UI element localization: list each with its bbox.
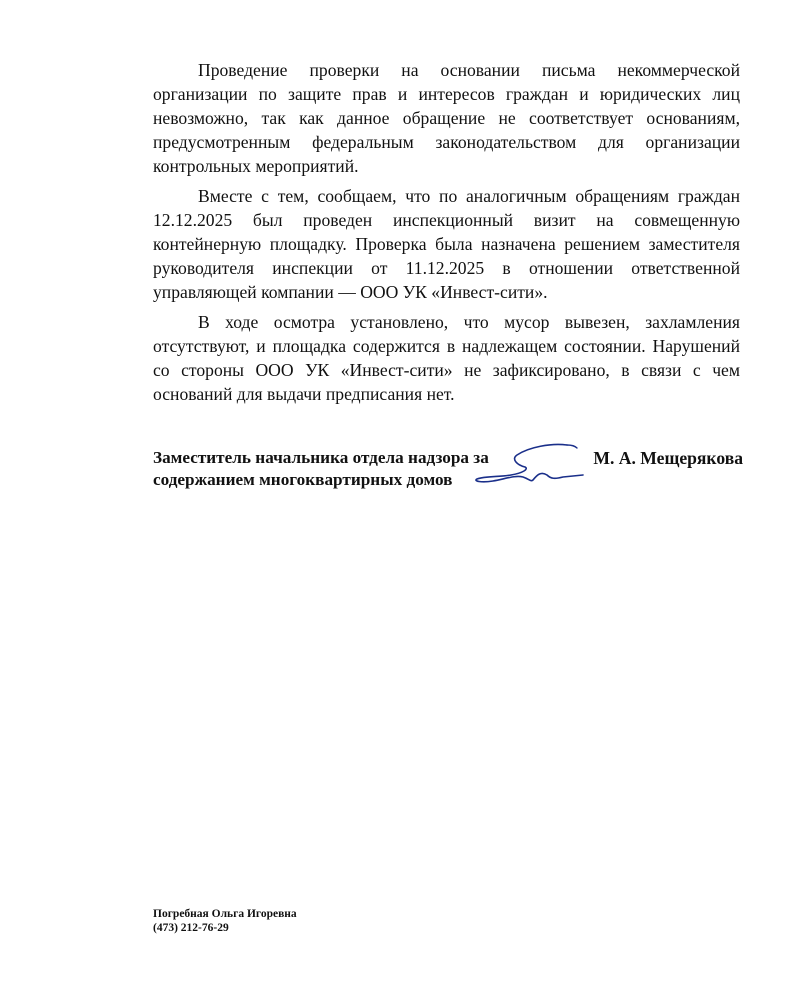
paragraph-1: Проведение проверки на основании письма …	[153, 58, 740, 178]
signature-block: Заместитель начальника отдела надзора за…	[153, 447, 743, 497]
paragraph-3: В ходе осмотра установлено, что мусор вы…	[153, 310, 740, 406]
document-page: Проведение проверки на основании письма …	[0, 0, 809, 1001]
handwritten-signature-icon	[471, 439, 587, 487]
letter-body: Проведение проверки на основании письма …	[153, 58, 740, 412]
signatory-position-line-2: содержанием многоквартирных домов	[153, 469, 489, 491]
executor-phone: (473) 212-76-29	[153, 921, 297, 935]
signatory-position-line-1: Заместитель начальника отдела надзора за	[153, 447, 489, 469]
signatory-name: М. А. Мещерякова	[593, 447, 743, 469]
executor-name: Погребная Ольга Игоревна	[153, 907, 297, 921]
signatory-position: Заместитель начальника отдела надзора за…	[153, 447, 489, 491]
executor-info: Погребная Ольга Игоревна (473) 212-76-29	[153, 907, 297, 935]
paragraph-2: Вместе с тем, сообщаем, что по аналогичн…	[153, 184, 740, 304]
